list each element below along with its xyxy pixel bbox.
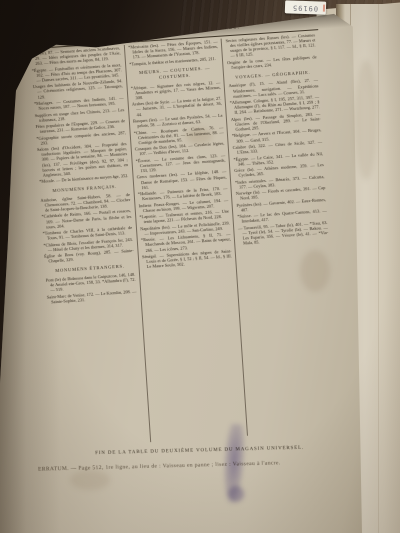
- index-entry: *Mexicains (les). — Fêtes des Époques, 1…: [128, 39, 218, 60]
- index-entry: Saint-Marc de Venise, 172. — Le Kremlin,…: [47, 288, 137, 304]
- index-columns: relie (le), 87. — Serment des anciens Sc…: [27, 32, 345, 448]
- index-entry: *Allemagne. Cologne, § I, 195, 257, 311,…: [230, 94, 320, 115]
- fin-de-table-line: FIN DE LA TABLE DU DEUXIÈME VOLUME DU MA…: [54, 445, 346, 458]
- index-column-1: relie (le), 87. — Serment des anciens Sc…: [27, 45, 150, 449]
- index-entry: Sectes religieuses des Russes (les). — C…: [225, 32, 316, 58]
- running-title: TABLE ALPHABÉTIQUE DES MATIÈRES.: [26, 19, 318, 44]
- section-heading-moeurs-coutumes: MŒURS. — COUTUMES. — COSTUMES.: [130, 65, 220, 82]
- index-entry: Alpes (les). — Passage du Simplon, 283. …: [231, 111, 321, 132]
- index-entry: *Château de Blois, l'escalier de Françoi…: [43, 237, 133, 253]
- index-entry: *Géographie sacrée comparée des anciens,…: [36, 130, 126, 146]
- index-entry: *Écosse. — Le costume des clans, 123. — …: [136, 152, 226, 173]
- index-entry: Usages des habitants de la Nouvelle-Zéla…: [33, 79, 123, 100]
- index-entry: Grèce (la). — Athènes moderne, 359. — Le…: [234, 162, 324, 178]
- index-entry: *Hollande. — Patineurs de la Frise, 170.…: [138, 186, 228, 202]
- index-entry: — Tavaravili, 95. — Tabor (le), 401. — *…: [238, 220, 329, 246]
- index-entry: Napolitains (les). — Le môle et Polichin…: [140, 220, 230, 236]
- erratum-line: ERRATUM. — Page 512, 1re ligne, au lieu …: [38, 458, 364, 473]
- sticker-number: 09195: [292, 3, 318, 12]
- index-entry: Supplices en usage chez les Chinois, 213…: [35, 107, 125, 123]
- index-entry: Arabes (les) de Syrie. — La tente et la …: [132, 96, 222, 117]
- index-entry: *Tombeau de Charles VIII, à la cathédral…: [42, 225, 132, 241]
- index-entry: Norwége (la). — Fiords et cascades, 391.…: [236, 185, 326, 201]
- index-entry: *Suisse. — Le lac des Quatre-Cantons, 41…: [237, 208, 327, 224]
- printed-text-block: 418 TABLE ALPHABÉTIQUE DES MATIÈRES. rel…: [26, 19, 350, 529]
- index-entry: *Laponie. — Traîneaux et rennes, 216. — …: [139, 209, 229, 225]
- sticker-red-mark: [323, 5, 325, 12]
- index-entry: *Morale. — De la bienfaisance au moyen â…: [39, 173, 129, 184]
- index-entry: Grecs modernes (les). — Le kléphte, 148.…: [137, 169, 227, 190]
- book-photo: 418 TABLE ALPHABÉTIQUE DES MATIÈRES. rel…: [0, 0, 400, 533]
- index-entry: Basques (les). — Le saut des Pyrénées, 5…: [133, 113, 223, 129]
- section-heading-monumens-etrangers: MONUMENS ÉTRANGERS.: [45, 263, 135, 274]
- index-entry: *Chine. — Boutiques de Canton, 76. — Cér…: [134, 124, 224, 145]
- index-entry: *Cathédrale de Reims, 166. — Portail et …: [41, 208, 131, 229]
- index-column-3: Sectes religieuses des Russes (les). — C…: [221, 32, 345, 436]
- index-entry: Pyrénées (les). — Gavarnie, 402. — Eaux-…: [236, 197, 326, 213]
- index-entry: Origine de la cour. — Les fêtes publique…: [227, 54, 317, 70]
- page-crease: [378, 4, 379, 533]
- index-entry: Amérique (l'), 15. — Aland (îles), 27. —…: [228, 78, 318, 99]
- index-column-2: *Mexicains (les). — Fêtes des Époques, 1…: [123, 39, 247, 443]
- index-entry: *Égypte. — Le Caire, 341. — La vallée du…: [233, 151, 323, 167]
- index-entry: *Indes orientales. — Bénarès, 373. — Cal…: [235, 174, 325, 190]
- section-heading-monumens-francais: MONUMENS FRANÇAIS.: [40, 183, 130, 194]
- index-entry: *Russie. — Les Lithuaniens, § II, 71. — …: [141, 232, 231, 253]
- page-number: 418: [28, 39, 38, 46]
- index-entry: *Belgique. — Anvers et l'Escaut, 304. — …: [232, 128, 322, 144]
- index-entry: *Égypte. — Funérailles et cérémonies de …: [32, 62, 122, 83]
- index-entry: Fêtes populaires de l'Espagne, 229. — Co…: [35, 118, 125, 134]
- page-footer: FIN DE LA TABLE DU DEUXIÈME VOLUME DU MA…: [54, 445, 346, 473]
- section-heading-voyages-geographie: VOYAGES. — GÉOGRAPHIE.: [228, 69, 318, 80]
- book-page: 418 TABLE ALPHABÉTIQUE DES MATIÈRES. rel…: [0, 0, 400, 533]
- index-entry: relie (le), 87. — Serment des anciens Sc…: [31, 45, 121, 66]
- index-entry: *Mariages. — Coutumes des Indiens, 141. …: [34, 95, 124, 111]
- library-stamp-blob: [228, 486, 244, 502]
- header-rule: [27, 29, 318, 49]
- index-entry: Sénégal. — Superstitions des nègres de S…: [142, 248, 232, 269]
- index-entry: *Tonquin, le théâtre et les marionnettes…: [129, 55, 219, 66]
- index-entry: Indiens Peaux-Rouges. — Le calumet, 194.…: [138, 197, 228, 213]
- index-entry: Amboise, église Saint-Hubert, 58. — de C…: [40, 192, 130, 213]
- page-header: 418 TABLE ALPHABÉTIQUE DES MATIÈRES.: [26, 19, 318, 46]
- index-entry: Cosaques du Don (les), 104. — Cavalerie …: [135, 141, 225, 157]
- inventory-sticker: 09195: [285, 0, 326, 14]
- index-entry: Pont (le) de Bidassoa dans le Guipuzcoa,…: [46, 272, 136, 293]
- index-entry: Église de Brou (voy. Bourg), 285. — Sain…: [44, 248, 134, 264]
- index-entry: *Afrique. — Signature des rois nègres, 1…: [131, 79, 221, 100]
- index-entry: Calabre (la), 322. — Côtes de Sicile, 32…: [233, 139, 323, 155]
- index-entry: Salons (les) d'Occident, 304. — Propriét…: [37, 141, 129, 178]
